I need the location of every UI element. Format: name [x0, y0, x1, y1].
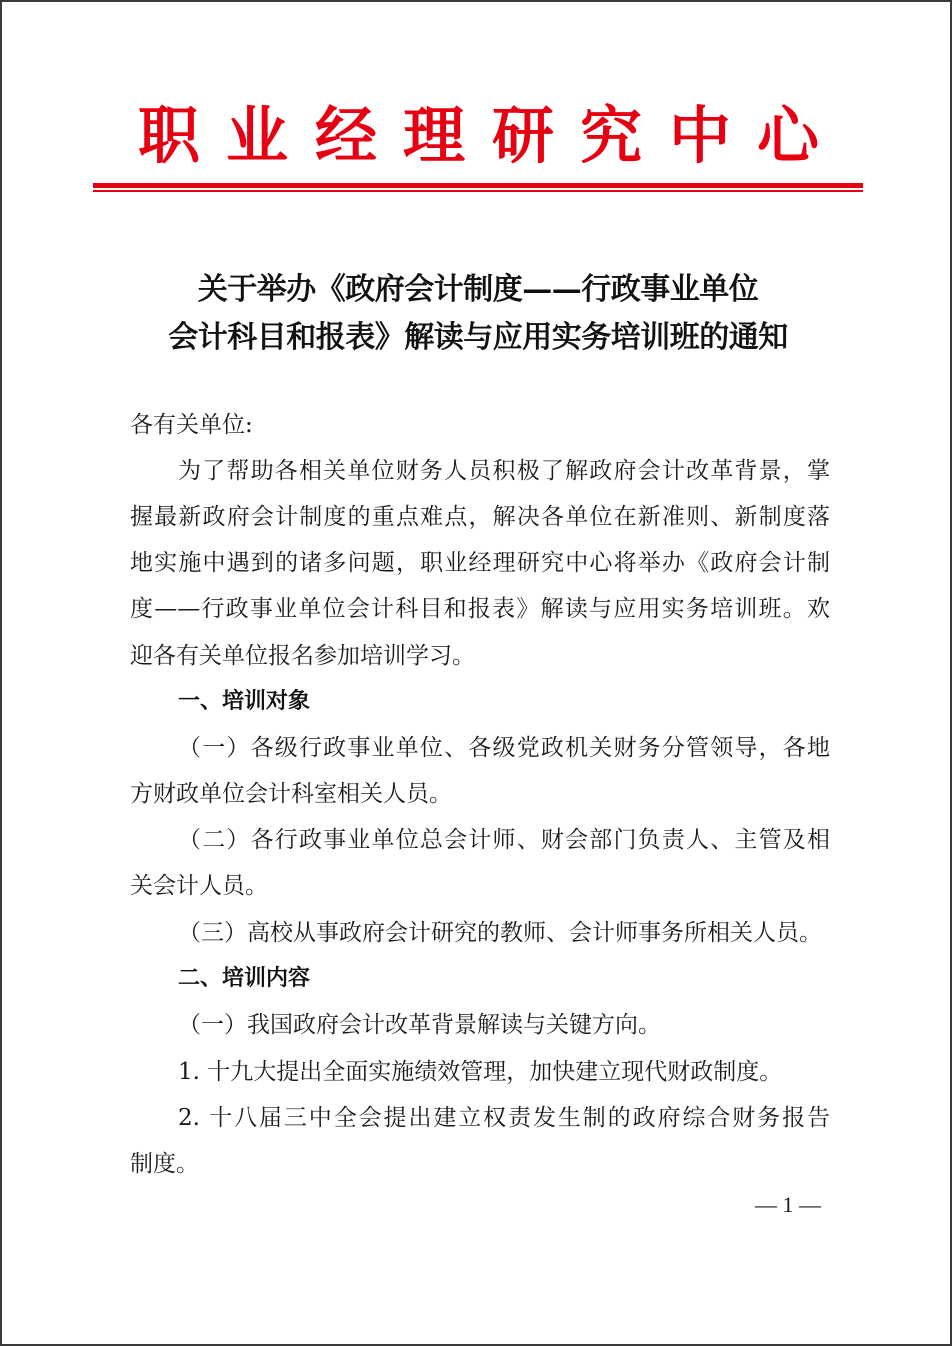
list-item-line: 方财政单位会计科室相关人员。: [130, 778, 830, 810]
masthead-char: 中: [666, 100, 734, 172]
intro-line: 迎各有关单位报名参加培训学习。: [130, 640, 830, 672]
document-title-line-2: 会计科目和报表》解读与应用实务培训班的通知: [2, 312, 952, 356]
masthead-char: 究: [577, 100, 645, 172]
section-heading-training-content: 二、培训内容: [178, 963, 310, 995]
list-item-line: 2. 十八届三中全会提出建立权责发生制的政府综合财务报告: [178, 1102, 830, 1134]
list-item-line: （二）各行政事业单位总会计师、财会部门负责人、主管及相: [178, 824, 830, 856]
intro-line: 地实施中遇到的诸多问题，职业经理研究中心将举办《政府会计制: [130, 547, 830, 579]
masthead-char: 经: [312, 100, 380, 172]
masthead-char: 心: [754, 100, 822, 172]
list-item-line: 关会计人员。: [130, 870, 830, 902]
intro-line: 度——行政事业单位会计科目和报表》解读与应用实务培训班。欢: [130, 593, 830, 625]
salutation: 各有关单位:: [130, 409, 830, 441]
masthead-char: 研: [489, 100, 557, 172]
masthead-char: 理: [400, 100, 468, 172]
intro-line: 握最新政府会计制度的重点难点，解决各单位在新准则、新制度落: [130, 501, 830, 533]
list-item-line: （三）高校从事政府会计研究的教师、会计师事务所相关人员。: [178, 917, 830, 949]
masthead-char: 业: [223, 100, 291, 172]
section-heading-training-audience: 一、培训对象: [178, 686, 310, 718]
masthead-char: 职: [135, 100, 203, 172]
document-page: 职 业 经 理 研 究 中 心 关于举办《政府会计制度——行政事业单位 会计科目…: [0, 0, 952, 1346]
document-title-line-1: 关于举办《政府会计制度——行政事业单位: [2, 264, 952, 308]
list-item-line: 1. 十九大提出全面实施绩效管理，加快建立现代财政制度。: [178, 1056, 830, 1088]
list-item-line: （一）各级行政事业单位、各级党政机关财务分管领导，各地: [178, 732, 830, 764]
list-item-line: （一）我国政府会计改革背景解读与关键方向。: [178, 1009, 830, 1041]
masthead: 职 业 经 理 研 究 中 心: [2, 100, 952, 172]
page-number: — 1 —: [747, 1190, 829, 1220]
intro-line: 为了帮助各相关单位财务人员积极了解政府会计改革背景，掌: [178, 455, 830, 487]
masthead-rule-thick: [93, 183, 863, 188]
masthead-rule-thin: [93, 190, 863, 192]
list-item-line: 制度。: [130, 1148, 830, 1180]
